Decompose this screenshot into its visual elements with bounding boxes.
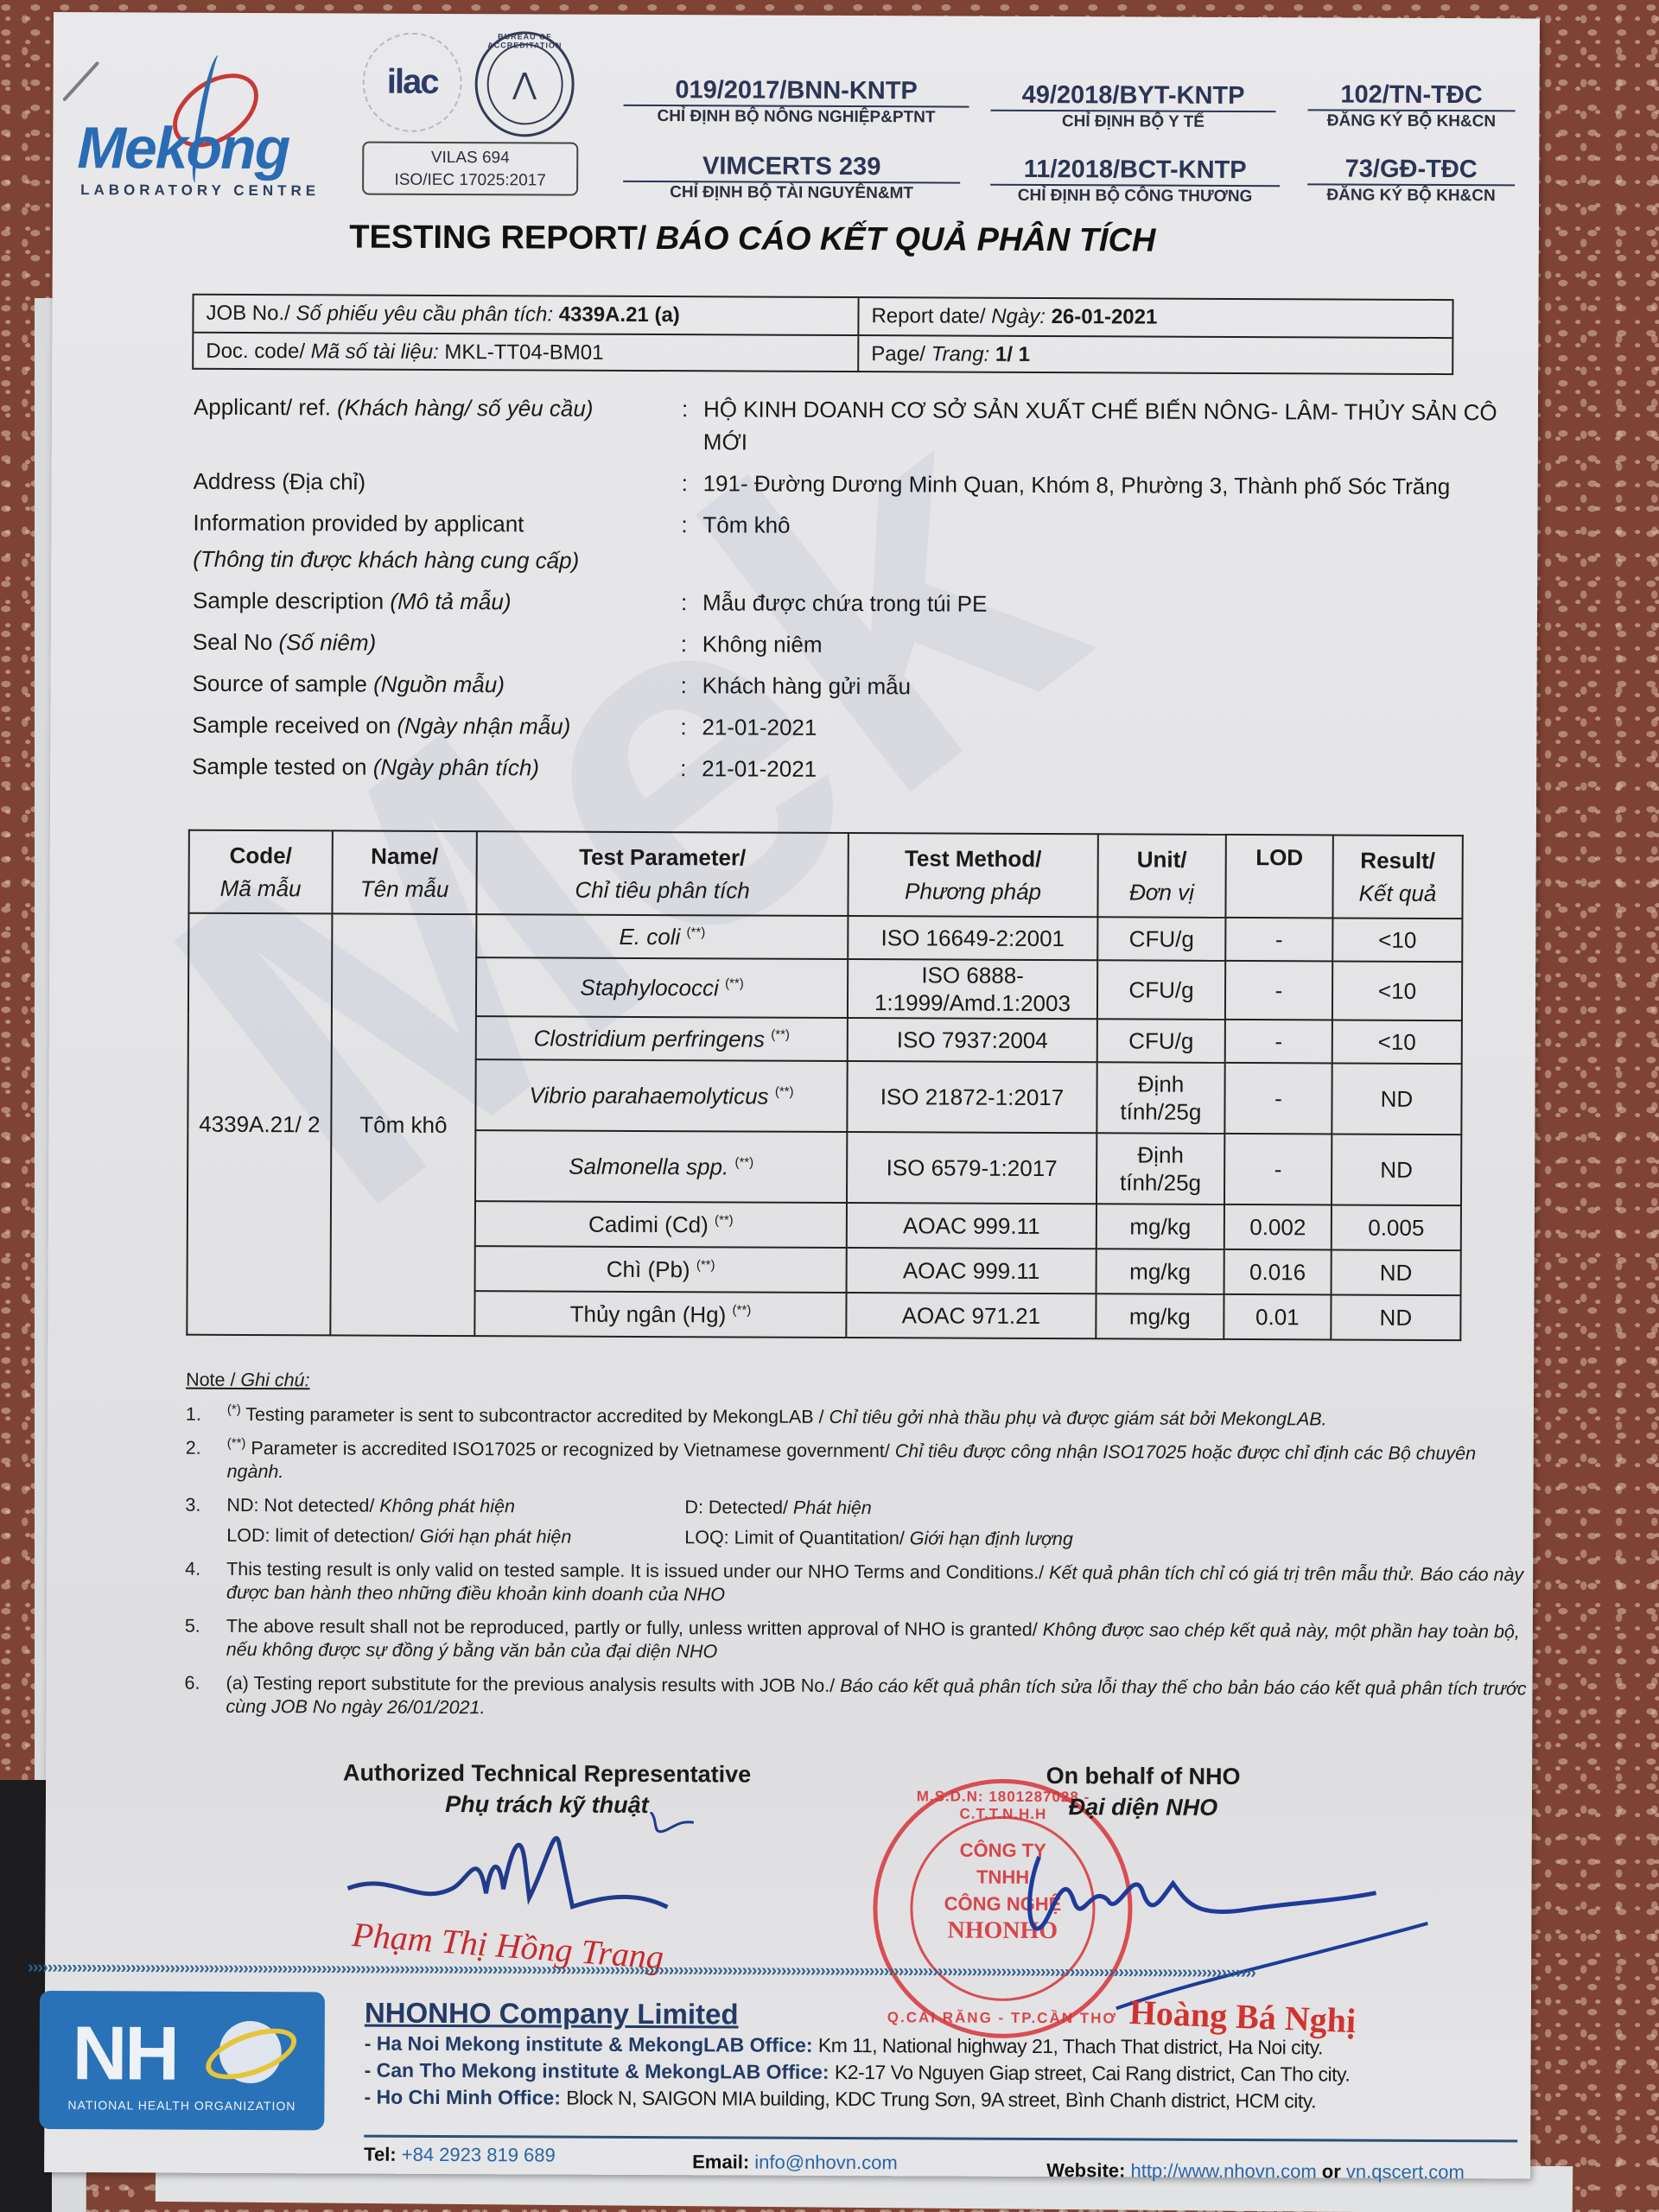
info-row: Sample description (Mô tả mẫu):Mẫu được … <box>193 584 1523 623</box>
nho-logo-subtitle: NATIONAL HEALTH ORGANIZATION <box>39 2098 324 2113</box>
registration-5: 73/GĐ-TĐC ĐĂNG KÝ BỘ KH&CN <box>1307 154 1515 207</box>
info-row: (Thông tin được khách hàng cung cấp) <box>193 543 1523 582</box>
method-cell: AOAC 971.21 <box>846 1293 1096 1338</box>
vilas-box: VILAS 694 ISO/IEC 17025:2017 <box>362 142 578 196</box>
info-row: Source of sample (Nguồn mẫu):Khách hàng … <box>193 667 1523 706</box>
info-label: (Thông tin được khách hàng cung cấp) <box>193 543 681 577</box>
info-colon: : <box>680 752 702 785</box>
col-header-unit: Unit/Đơn vị <box>1097 834 1225 918</box>
info-value: Tôm khô <box>702 508 1523 544</box>
info-colon: : <box>682 392 703 458</box>
doc-code-label-vi: Mã số tài liệu: <box>311 340 445 364</box>
method-cell: ISO 6888-1:1999/Amd.1:2003 <box>848 959 1097 1019</box>
note-6: 6.(a) Testing report substitute for the … <box>184 1672 1532 1725</box>
ilac-logo: ilac <box>362 33 462 133</box>
unit-cell: mg/kg <box>1096 1294 1224 1339</box>
job-label-vi: Số phiếu yêu cầu phân tích: <box>296 302 558 326</box>
job-label: JOB No./ <box>206 302 296 325</box>
lod-cell: - <box>1224 1134 1332 1205</box>
logo-subtitle: LABORATORY CENTRE <box>80 181 320 200</box>
info-colon: : <box>680 710 702 743</box>
page-label-vi: Trang: <box>931 342 995 365</box>
tent-icon: ⋀ <box>486 43 563 124</box>
registration-label: ĐĂNG KÝ BỘ KH&CN <box>1307 111 1515 132</box>
registration-code: 11/2018/BCT-KNTP <box>990 155 1280 187</box>
technical-representative-title: Authorized Technical Representative <box>305 1757 789 1789</box>
registration-3: VIMCERTS 239 CHỈ ĐỊNH BỘ TÀI NGUYÊN&MT <box>623 151 960 205</box>
ilac-text: ilac <box>387 63 438 102</box>
method-cell: AOAC 999.11 <box>847 1203 1096 1249</box>
report-date-label: Report date/ <box>871 304 991 328</box>
report-title: TESTING REPORT/ BÁO CÁO KẾT QUẢ PHÂN TÍC… <box>53 218 1452 261</box>
col-header-result: Result/Kết quả <box>1332 835 1462 918</box>
lod-cell: 0.002 <box>1224 1205 1332 1250</box>
lod-cell: - <box>1225 1020 1332 1064</box>
unit-cell: Định tính/25g <box>1096 1062 1224 1134</box>
info-colon: : <box>682 467 703 499</box>
bureau-of-accreditation-seal: BUREAU OF ACCREDITATION ⋀ <box>474 31 575 137</box>
result-cell: <10 <box>1332 918 1462 962</box>
result-cell: ND <box>1331 1249 1460 1295</box>
unit-cell: Định tính/25g <box>1096 1133 1224 1205</box>
parameter-cell: Thủy ngân (Hg) (**) <box>474 1291 846 1338</box>
logo-wordmark: Mekong <box>77 114 289 182</box>
notes-title: Note / Ghi chú: <box>186 1370 1534 1397</box>
unit-cell: mg/kg <box>1096 1249 1224 1294</box>
info-label: Sample description (Mô tả mẫu) <box>193 584 681 619</box>
info-value <box>702 544 1523 581</box>
page-label: Page/ <box>871 342 931 365</box>
info-value: 21-01-2021 <box>702 752 1522 788</box>
registration-code: 019/2017/BNN-KNTP <box>624 75 969 108</box>
registration-2: 102/TN-TĐC ĐĂNG KÝ BỘ KH&CN <box>1307 79 1515 132</box>
parameter-cell: E. coli (**) <box>476 914 848 959</box>
registration-label: CHỈ ĐỊNH BỘ TÀI NGUYÊN&MT <box>623 182 960 205</box>
info-label: Sample received on (Ngày nhận mẫu) <box>192 709 680 743</box>
sample-code-cell: 4339A.21/ 2 <box>187 913 332 1336</box>
note-5: 5.The above result shall not be reproduc… <box>185 1615 1533 1668</box>
parameter-cell: Cadimi (Cd) (**) <box>475 1201 847 1248</box>
info-colon: : <box>681 586 702 619</box>
registration-label: CHỈ ĐỊNH BỘ NÔNG NGHIỆP&PTNT <box>623 106 969 129</box>
info-row: Information provided by applicant:Tôm kh… <box>193 506 1523 545</box>
lod-cell: - <box>1225 961 1332 1020</box>
note-3: 3. ND: Not detected/ Không phát hiệnD: D… <box>185 1494 1533 1554</box>
doc-code-label: Doc. code/ <box>206 340 311 364</box>
website-link[interactable]: http://www.nhovn.com <box>1130 2159 1316 2182</box>
nho-letters: NH <box>73 2015 177 2092</box>
registration-code: 73/GĐ-TĐC <box>1307 154 1515 186</box>
job-number-cell: JOB No./ Số phiếu yêu cầu phân tích: 433… <box>194 296 859 334</box>
office-hcm: - Ho Chi Minh Office: Block N, SAIGON MI… <box>364 2084 1522 2116</box>
job-info-box: JOB No./ Số phiếu yêu cầu phân tích: 433… <box>192 294 1453 375</box>
doc-code-cell: Doc. code/ Mã số tài liệu: MKL-TT04-BM01 <box>194 334 859 371</box>
parameter-cell: Staphylococci (**) <box>476 957 848 1018</box>
method-cell: ISO 16649-2:2001 <box>848 916 1097 960</box>
result-cell: <10 <box>1332 1020 1462 1064</box>
contact-website: Website: http://www.nhovn.com or vn.qsce… <box>1046 2159 1465 2183</box>
unit-cell: CFU/g <box>1097 917 1225 961</box>
registration-4: 11/2018/BCT-KNTP CHỈ ĐỊNH BỘ CÔNG THƯƠNG <box>990 155 1280 207</box>
email-link[interactable]: info@nhovn.com <box>754 2152 898 2174</box>
report-page: Mek Mekong LABORATORY CENTRE ilac BUREAU… <box>44 12 1540 2178</box>
tel-number[interactable]: +84 2923 819 689 <box>402 2144 556 2166</box>
website-alt-link[interactable]: vn.qscert.com <box>1346 2161 1465 2183</box>
info-value: Mẫu được chứa trong túi PE <box>702 586 1523 622</box>
title-en: TESTING REPORT/ <box>349 219 646 257</box>
result-cell: ND <box>1331 1294 1460 1340</box>
info-colon: : <box>681 508 702 541</box>
job-number: 4339A.21 (a) <box>559 303 680 327</box>
result-cell: 0.005 <box>1332 1205 1461 1250</box>
info-value: HỘ KINH DOANH CƠ SỞ SẢN XUẤT CHẾ BIẾN NÔ… <box>703 392 1524 461</box>
method-cell: AOAC 999.11 <box>847 1248 1096 1294</box>
note-4: 4.This testing result is only valid on t… <box>185 1558 1533 1611</box>
sample-name-cell: Tôm khô <box>330 913 476 1336</box>
mekong-lab-logo: Mekong LABORATORY CENTRE <box>77 45 337 201</box>
info-row: Sample tested on (Ngày phân tích):21-01-… <box>192 750 1522 789</box>
result-cell: ND <box>1332 1063 1461 1135</box>
nho-representative-title: On behalf of NHO <box>1014 1760 1273 1792</box>
result-cell: <10 <box>1332 961 1462 1020</box>
info-label: Seal No (Số niêm) <box>193 626 681 660</box>
lod-cell: - <box>1224 1063 1332 1135</box>
info-colon <box>681 544 702 577</box>
info-value: 191- Đường Dương Minh Quan, Khóm 8, Phườ… <box>703 467 1524 503</box>
note-1: 1.(*) Testing parameter is sent to subco… <box>186 1403 1534 1433</box>
info-label: Address (Địa chỉ) <box>194 465 682 499</box>
table-row: 4339A.21/ 2Tôm khôE. coli (**)ISO 16649-… <box>188 913 1462 962</box>
nho-representative-title-vi: Đại diện NHO <box>1014 1791 1273 1823</box>
report-date-cell: Report date/ Ngày: 26-01-2021 <box>859 298 1157 336</box>
info-row: Address (Địa chỉ):191- Đường Dương Minh … <box>194 465 1524 504</box>
page-cell: Page/ Trang: 1/ 1 <box>859 336 1030 372</box>
company-info: NHONHO Company Limited - Ha Noi Mekong i… <box>364 1996 1522 2116</box>
results-table: Code/Mã mẫu Name/Tên mẫu Test Parameter/… <box>186 829 1463 1341</box>
col-header-code: Code/Mã mẫu <box>188 830 332 914</box>
doc-code: MKL-TT04-BM01 <box>444 340 603 365</box>
registration-code: 49/2018/BYT-KNTP <box>991 80 1276 112</box>
col-header-parameter: Test Parameter/Chỉ tiêu phân tích <box>476 831 848 916</box>
vilas-number: VILAS 694 <box>364 147 576 170</box>
registration-1: 49/2018/BYT-KNTP CHỈ ĐỊNH BỘ Y TẾ <box>990 80 1275 133</box>
lod-cell: 0.01 <box>1224 1294 1331 1340</box>
unit-cell: CFU/g <box>1097 960 1225 1020</box>
bureau-ring-text: BUREAU OF ACCREDITATION <box>478 32 572 49</box>
result-cell: ND <box>1332 1134 1461 1205</box>
footer-divider <box>364 2135 1517 2143</box>
col-header-lod: LOD <box>1225 835 1332 918</box>
method-cell: ISO 7937:2004 <box>848 1018 1097 1062</box>
col-header-method: Test Method/Phương pháp <box>848 833 1097 917</box>
registration-code: VIMCERTS 239 <box>623 151 960 184</box>
unit-cell: CFU/g <box>1097 1019 1225 1063</box>
registration-label: CHỈ ĐỊNH BỘ Y TẾ <box>990 111 1275 133</box>
info-value: 21-01-2021 <box>702 710 1522 747</box>
info-label: Source of sample (Nguồn mẫu) <box>193 667 681 702</box>
nho-representative-block: On behalf of NHO Đại diện NHO <box>1014 1760 1273 1823</box>
sample-info: Applicant/ ref. (Khách hàng/ số yêu cầu)… <box>192 391 1524 798</box>
nho-logo: NH NATIONAL HEALTH ORGANIZATION <box>39 1991 325 2130</box>
parameter-cell: Salmonella spp. (**) <box>475 1130 847 1203</box>
registration-code: 102/TN-TĐC <box>1308 79 1516 111</box>
parameter-cell: Clostridium perfringens (**) <box>476 1016 848 1061</box>
info-value: Khách hàng gửi mẫu <box>702 669 1523 705</box>
info-colon: : <box>681 627 702 660</box>
info-row: Sample received on (Ngày nhận mẫu):21-01… <box>192 709 1522 747</box>
registration-label: CHỈ ĐỊNH BỘ CÔNG THƯƠNG <box>990 186 1280 207</box>
contact-tel: Tel: +84 2923 819 689 <box>364 2144 556 2167</box>
iso-standard: ISO/IEC 17025:2017 <box>364 169 576 193</box>
signature-left <box>339 1810 702 1933</box>
notes-section: Note / Ghi chú: 1.(*) Testing parameter … <box>184 1370 1534 1735</box>
page-number: 1/ 1 <box>995 343 1030 366</box>
info-label: Information provided by applicant <box>193 506 681 541</box>
table-header-row: Code/Mã mẫu Name/Tên mẫu Test Parameter/… <box>188 830 1462 918</box>
unit-cell: mg/kg <box>1096 1204 1224 1249</box>
lod-cell: 0.016 <box>1224 1249 1331 1295</box>
report-date: 26-01-2021 <box>1052 305 1158 329</box>
info-value: Không niêm <box>702 627 1523 664</box>
registration-0: 019/2017/BNN-KNTP CHỈ ĐỊNH BỘ NÔNG NGHIỆ… <box>623 75 969 129</box>
info-label: Sample tested on (Ngày phân tích) <box>192 750 680 785</box>
col-header-name: Name/Tên mẫu <box>332 830 476 914</box>
registration-label: ĐĂNG KÝ BỘ KH&CN <box>1307 185 1515 207</box>
contact-email: Email: info@nhovn.com <box>692 2151 898 2174</box>
method-cell: ISO 21872-1:2017 <box>847 1061 1096 1133</box>
parameter-cell: Vibrio parahaemolyticus (**) <box>475 1059 847 1132</box>
info-label: Applicant/ ref. (Khách hàng/ số yêu cầu) <box>194 391 682 458</box>
lod-cell: - <box>1225 918 1332 962</box>
info-row: Applicant/ ref. (Khách hàng/ số yêu cầu)… <box>194 391 1524 462</box>
report-date-label-vi: Ngày: <box>991 305 1051 328</box>
info-row: Seal No (Số niêm):Không niêm <box>193 626 1523 664</box>
parameter-cell: Chì (Pb) (**) <box>475 1246 847 1293</box>
note-2: 2.(**) Parameter is accredited ISO17025 … <box>186 1437 1534 1490</box>
title-vi: BÁO CÁO KẾT QUẢ PHÂN TÍCH <box>646 220 1155 259</box>
company-name: NHONHO Company Limited <box>365 1996 1522 2036</box>
info-colon: : <box>681 669 702 702</box>
method-cell: ISO 6579-1:2017 <box>847 1132 1096 1204</box>
